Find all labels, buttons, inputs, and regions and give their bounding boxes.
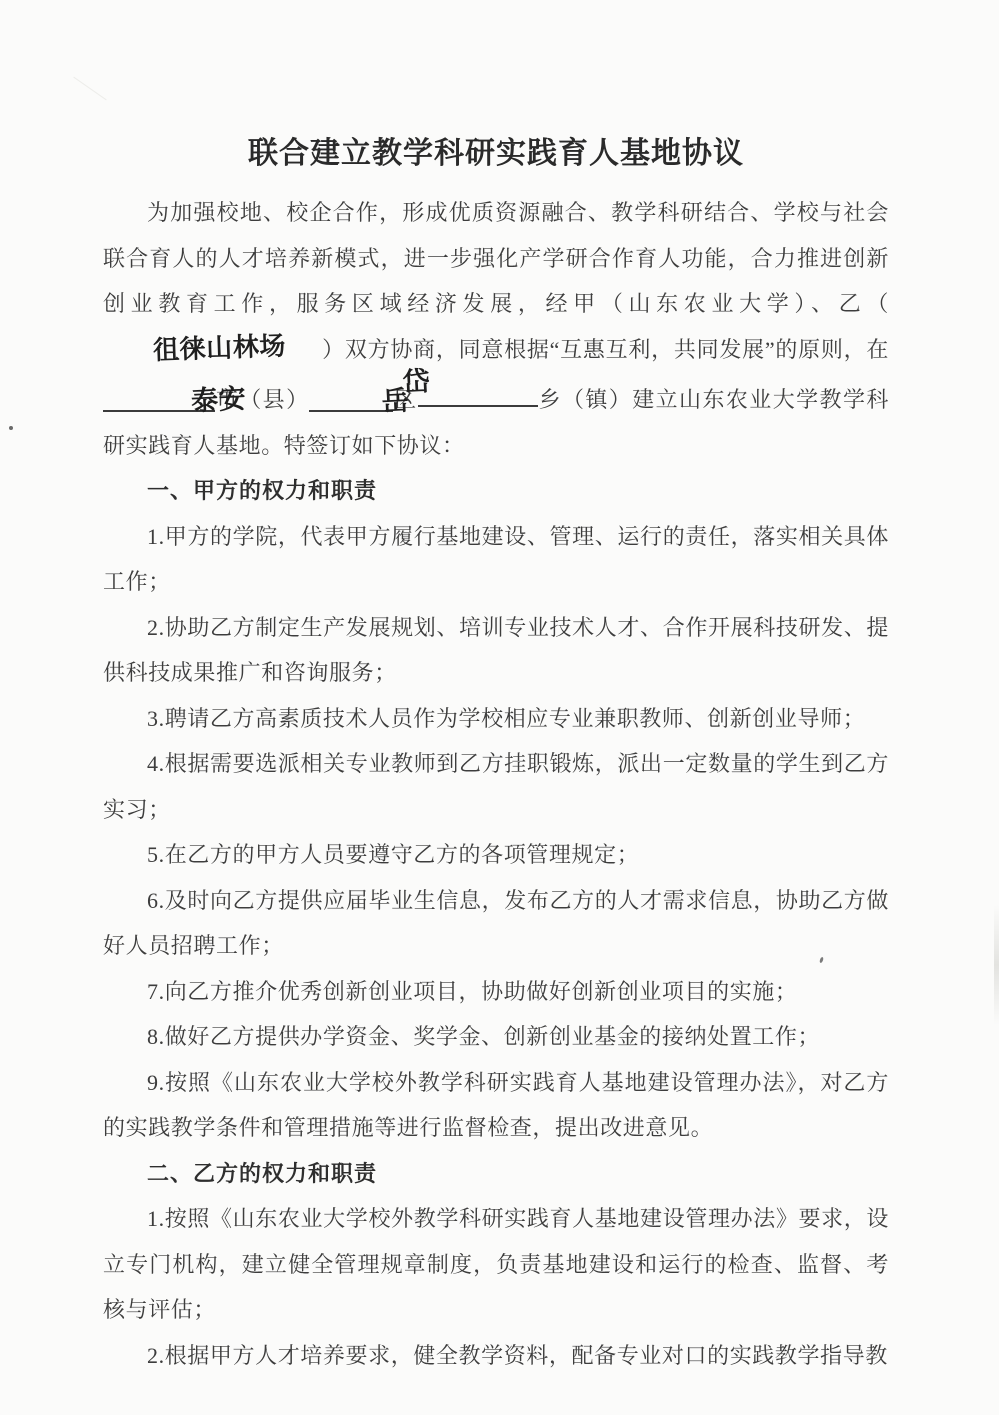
city-handwritten: 泰安: [147, 390, 247, 413]
section-a-heading: 一、甲方的权力和职责: [103, 468, 889, 514]
section-a-item-1: 1.甲方的学院，代表甲方履行基地建设、管理、运行的责任，落实相关具体工作；: [103, 514, 889, 605]
scanned-document-page: 联合建立教学科研实践育人基地协议 为加强校地、校企合作，形成优质资源融合、教学科…: [0, 0, 999, 1415]
scan-smudge: [73, 77, 106, 101]
section-a-item-3: 3.聘请乙方高素质技术人员作为学校相应专业兼职教师、创新创业导师；: [103, 696, 889, 742]
intro-text-1: 为加强校地、校企合作，形成优质资源融合、教学科研结合、学校与社会联合育人的人才培…: [103, 200, 889, 316]
city-blank-field: 泰安: [103, 390, 215, 412]
intro-paragraph: 为加强校地、校企合作，形成优质资源融合、教学科研结合、学校与社会联合育人的人才培…: [103, 190, 889, 468]
section-a-item-6: 6.及时向乙方提供应届毕业生信息，发布乙方的人才需求信息，协助乙方做好人员招聘工…: [103, 878, 889, 969]
section-b-heading: 二、乙方的权力和职责: [103, 1151, 889, 1197]
district-handwritten: 岱岳: [353, 373, 439, 413]
intro-text-2: ）双方协商，同意根据“互惠互利，共同发展”的原则，在: [322, 337, 889, 362]
section-a-item-7: 7.向乙方推介优秀创新创业项目，协助做好创新创业项目的实施；: [103, 969, 889, 1015]
scan-speck: [9, 426, 13, 430]
section-a-item-2: 2.协助乙方制定生产发展规划、培训专业技术人才、合作开展科技研发、提供科技成果推…: [103, 605, 889, 696]
section-a-item-4: 4.根据需要选派相关专业教师到乙方挂职锻炼，派出一定数量的学生到乙方实习；: [103, 741, 889, 832]
section-a-item-9: 9.按照《山东农业大学校外教学科研实践育人基地建设管理办法》，对乙方的实践教学条…: [103, 1060, 889, 1151]
section-a-item-5: 5.在乙方的甲方人员要遵守乙方的各项管理规定；: [103, 832, 889, 878]
scan-edge-streak: [994, 905, 999, 1025]
section-a-item-8: 8.做好乙方提供办学资金、奖学金、创新创业基金的接纳处置工作；: [103, 1014, 889, 1060]
district-blank-field: 岱岳: [309, 372, 393, 412]
party-b-name-handwritten: 徂徕山林场: [103, 335, 323, 363]
section-b-item-1: 1.按照《山东农业大学校外教学科研实践育人基地建设管理办法》要求，设立专门机构，…: [103, 1196, 889, 1333]
document-title: 联合建立教学科研实践育人基地协议: [103, 132, 889, 176]
section-b-item-2: 2.根据甲方人才培养要求，健全教学资料，配备专业对口的实践教学指导教: [103, 1333, 889, 1379]
document-content: 联合建立教学科研实践育人基地协议 为加强校地、校企合作，形成优质资源融合、教学科…: [103, 132, 889, 1378]
